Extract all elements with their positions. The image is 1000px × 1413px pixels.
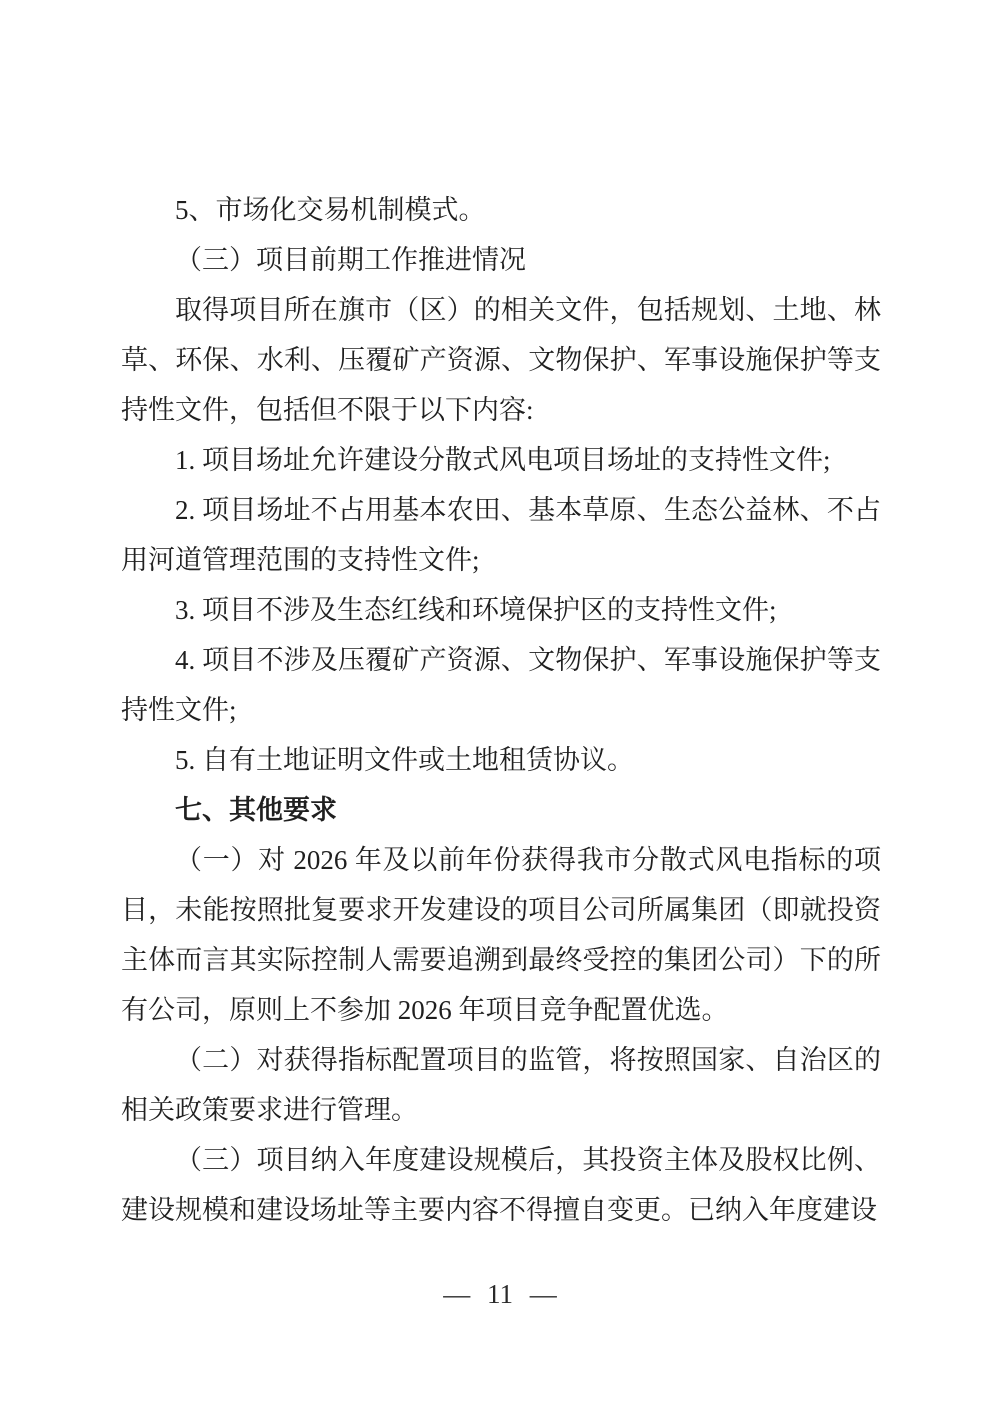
list-item-5-market-mechanism: 5、市场化交易机制模式。: [121, 185, 881, 235]
list-item-5-land-certificate: 5. 自有土地证明文件或土地租赁协议。: [121, 735, 881, 785]
list-item-4-mineral-cultural-military: 4. 项目不涉及压覆矿产资源、文物保护、军事设施保护等支持性文件;: [121, 635, 881, 735]
heading-section-7-other-requirements: 七、其他要求: [121, 785, 881, 835]
page-number: — 11 —: [0, 1279, 1000, 1310]
list-item-1-site-permission: 1. 项目场址允许建设分散式风电项目场址的支持性文件;: [121, 435, 881, 485]
document-page: 5、市场化交易机制模式。 （三）项目前期工作推进情况 取得项目所在旗市（区）的相…: [0, 0, 1000, 1413]
paragraph-requirement-1-2026-indicator: （一）对 2026 年及以前年份获得我市分散式风电指标的项目，未能按照批复要求开…: [121, 835, 881, 1035]
paragraph-prework-supporting-documents: 取得项目所在旗市（区）的相关文件，包括规划、土地、林草、环保、水利、压覆矿产资源…: [121, 285, 881, 435]
list-item-2-land-use-exclusions: 2. 项目场址不占用基本农田、基本草原、生态公益林、不占用河道管理范围的支持性文…: [121, 485, 881, 585]
subheading-section-3-prework-progress: （三）项目前期工作推进情况: [121, 235, 881, 285]
paragraph-requirement-3-no-unauthorized-change: （三）项目纳入年度建设规模后，其投资主体及股权比例、建设规模和建设场址等主要内容…: [121, 1135, 881, 1235]
paragraph-requirement-2-supervision: （二）对获得指标配置项目的监管，将按照国家、自治区的相关政策要求进行管理。: [121, 1035, 881, 1135]
list-item-3-ecological-redline: 3. 项目不涉及生态红线和环境保护区的支持性文件;: [121, 585, 881, 635]
document-body: 5、市场化交易机制模式。 （三）项目前期工作推进情况 取得项目所在旗市（区）的相…: [121, 185, 881, 1235]
